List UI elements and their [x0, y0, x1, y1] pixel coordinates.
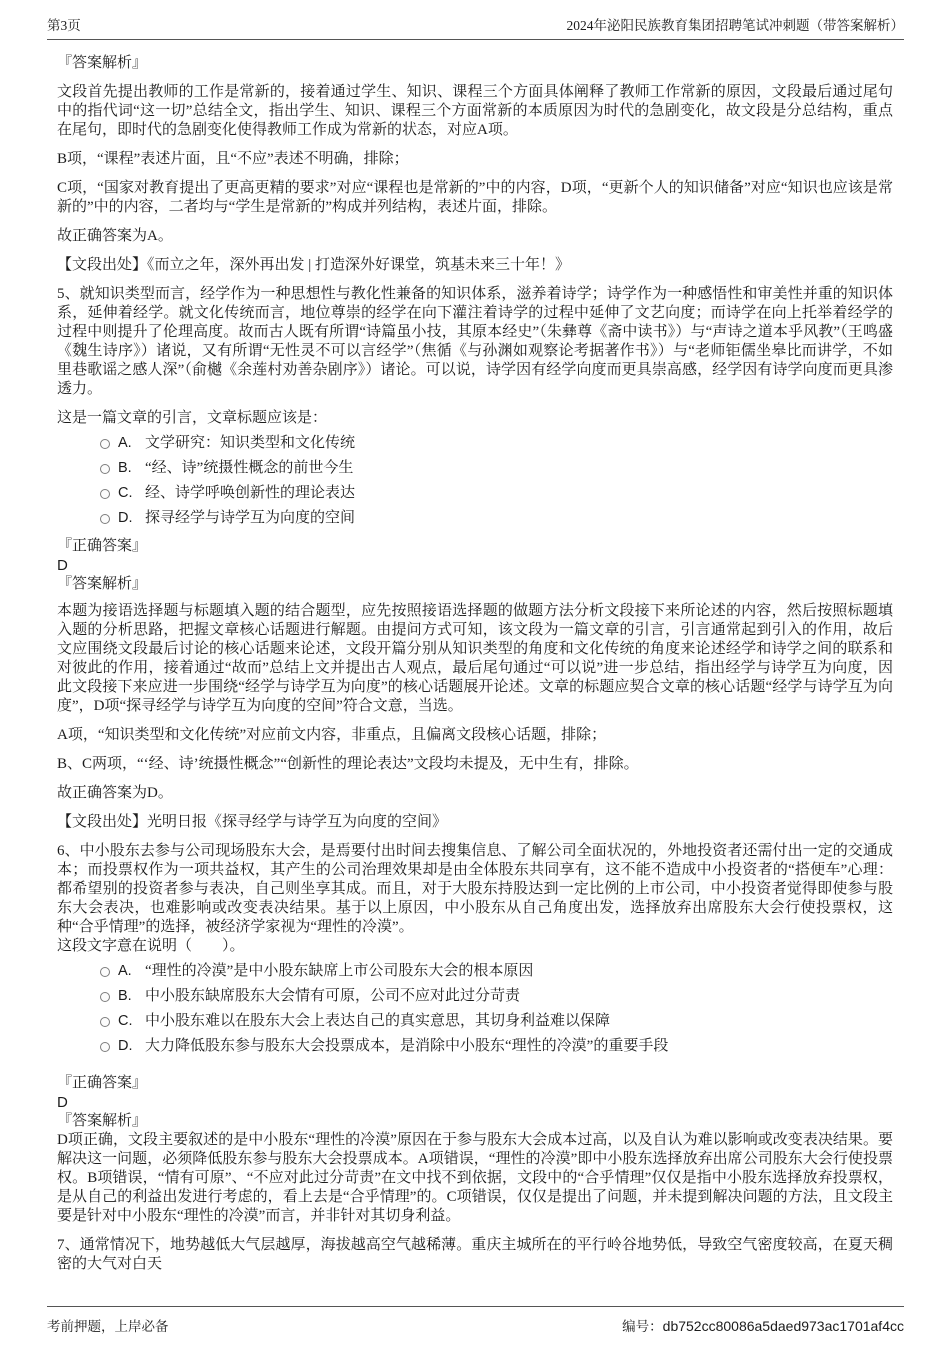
- option-text: “理性的冷漠”是中小股东缺席上市公司股东大会的根本原因: [145, 962, 533, 981]
- serial-code: db752cc80086a5daed973ac1701af4cc: [663, 1318, 904, 1334]
- correct-answer-label: 『正确答案』: [57, 1074, 893, 1093]
- prev-analysis-option-b: B项，“课程”表述片面，且“不应”表述不明确，排除；: [57, 150, 893, 169]
- document-title: 2024年泌阳民族教育集团招聘笔试冲刺题（带答案解析）: [567, 17, 905, 34]
- question-6-stem: 6、中小股东去参与公司现场股东大会，是焉要付出时间去搜集信息、了解公司全面状况的…: [57, 842, 893, 937]
- page-number: 第3页: [47, 17, 81, 34]
- option-letter: C.: [118, 1012, 145, 1031]
- answer-analysis-label: 『答案解析』: [57, 54, 893, 73]
- question-6-options: A. “理性的冷漠”是中小股东缺席上市公司股东大会的根本原因 B. 中小股东缺席…: [100, 962, 893, 1056]
- q6-option-a[interactable]: A. “理性的冷漠”是中小股东缺席上市公司股东大会的根本原因: [100, 962, 893, 981]
- q5-conclusion: 故正确答案为D。: [57, 784, 893, 803]
- prev-analysis-paragraph: 文段首先提出教师的工作是常新的，接着通过学生、知识、课程三个方面具体阐释了教师工…: [57, 83, 893, 140]
- option-letter: A.: [118, 434, 145, 453]
- q5-option-b[interactable]: B. “经、诗”统摄性概念的前世今生: [100, 459, 893, 478]
- option-letter: A.: [118, 962, 145, 981]
- option-letter: D.: [118, 509, 145, 528]
- option-text: “经、诗”统摄性概念的前世今生: [145, 459, 353, 478]
- answer-analysis-label: 『答案解析』: [57, 1112, 893, 1131]
- q5-option-a[interactable]: A. 文学研究：知识类型和文化传统: [100, 434, 893, 453]
- page-footer: 考前押题，上岸必备 编号：db752cc80086a5daed973ac1701…: [47, 1306, 904, 1335]
- question-6-prompt: 这段文字意在说明（ ）。: [57, 937, 893, 956]
- q5-analysis-option-bc: B、C两项，“‘经、诗’统摄性概念”“创新性的理论表达”文段均未提及，无中生有，…: [57, 755, 893, 774]
- option-letter: D.: [118, 1037, 145, 1056]
- footer-serial: 编号：db752cc80086a5daed973ac1701af4cc: [622, 1315, 904, 1335]
- option-letter: B.: [118, 459, 145, 478]
- radio-button-icon[interactable]: [100, 439, 110, 449]
- prev-conclusion: 故正确答案为A。: [57, 227, 893, 246]
- footer-slogan: 考前押题，上岸必备: [47, 1315, 169, 1335]
- q5-answer-block: 『正确答案』 D 『答案解析』: [57, 537, 893, 594]
- q5-analysis-option-a: A项，“知识类型和文化传统”对应前文内容，非重点，且偏离文段核心话题，排除；: [57, 726, 893, 745]
- q5-option-c[interactable]: C. 经、诗学呼唤创新性的理论表达: [100, 484, 893, 503]
- page-header: 第3页 2024年泌阳民族教育集团招聘笔试冲刺题（带答案解析）: [47, 17, 904, 40]
- q5-analysis-paragraph: 本题为接语选择题与标题填入题的结合题型，应先按照接语选择题的做题方法分析文段接下…: [57, 602, 893, 716]
- page-content: 『答案解析』 文段首先提出教师的工作是常新的，接着通过学生、知识、课程三个方面具…: [57, 48, 893, 1274]
- q5-option-d[interactable]: D. 探寻经学与诗学互为向度的空间: [100, 509, 893, 528]
- option-text: 经、诗学呼唤创新性的理论表达: [145, 484, 355, 503]
- question-7-stem-start: 7、通常情况下，地势越低大气层越厚，海拔越高空气越稀薄。重庆主城所在的平行岭谷地…: [57, 1236, 893, 1274]
- serial-label: 编号：: [622, 1319, 663, 1334]
- correct-answer-value: D: [57, 556, 893, 575]
- q6-analysis-paragraph: D项正确，文段主要叙述的是中小股东“理性的冷漠”原因在于参与股东大会成本过高，以…: [57, 1131, 893, 1226]
- option-text: 中小股东缺席股东大会情有可原，公司不应对此过分苛责: [145, 987, 520, 1006]
- q6-option-d[interactable]: D. 大力降低股东参与股东大会投票成本，是消除中小股东“理性的冷漠”的重要手段: [100, 1037, 893, 1056]
- radio-button-icon[interactable]: [100, 967, 110, 977]
- option-text: 探寻经学与诗学互为向度的空间: [145, 509, 355, 528]
- prev-source-reference: 【文段出处】《而立之年，深外再出发 | 打造深外好课堂，筑基未来三十年！》: [57, 256, 893, 275]
- radio-button-icon[interactable]: [100, 464, 110, 474]
- q5-source-reference: 【文段出处】光明日报《探寻经学与诗学互为向度的空间》: [57, 813, 893, 832]
- radio-button-icon[interactable]: [100, 514, 110, 524]
- answer-analysis-label: 『答案解析』: [57, 575, 893, 594]
- q6-option-b[interactable]: B. 中小股东缺席股东大会情有可原，公司不应对此过分苛责: [100, 987, 893, 1006]
- correct-answer-value: D: [57, 1093, 893, 1112]
- radio-button-icon[interactable]: [100, 992, 110, 1002]
- radio-button-icon[interactable]: [100, 1042, 110, 1052]
- radio-button-icon[interactable]: [100, 489, 110, 499]
- prev-analysis-option-cd: C项，“国家对教育提出了更高更精的要求”对应“课程也是常新的”中的内容，D项，“…: [57, 179, 893, 217]
- question-5-options: A. 文学研究：知识类型和文化传统 B. “经、诗”统摄性概念的前世今生 C. …: [100, 434, 893, 528]
- q6-answer-block: 『正确答案』 D 『答案解析』: [57, 1074, 893, 1131]
- option-text: 中小股东难以在股东大会上表达自己的真实意思，其切身利益难以保障: [145, 1012, 610, 1031]
- option-text: 大力降低股东参与股东大会投票成本，是消除中小股东“理性的冷漠”的重要手段: [145, 1037, 668, 1056]
- radio-button-icon[interactable]: [100, 1017, 110, 1027]
- correct-answer-label: 『正确答案』: [57, 537, 893, 556]
- document-page: 第3页 2024年泌阳民族教育集团招聘笔试冲刺题（带答案解析） 『答案解析』 文…: [0, 0, 950, 1345]
- option-letter: C.: [118, 484, 145, 503]
- question-5-prompt: 这是一篇文章的引言，文章标题应该是：: [57, 409, 893, 428]
- option-letter: B.: [118, 987, 145, 1006]
- question-5-stem: 5、就知识类型而言，经学作为一种思想性与教化性兼备的知识体系，滋养着诗学；诗学作…: [57, 285, 893, 399]
- q6-option-c[interactable]: C. 中小股东难以在股东大会上表达自己的真实意思，其切身利益难以保障: [100, 1012, 893, 1031]
- option-text: 文学研究：知识类型和文化传统: [145, 434, 355, 453]
